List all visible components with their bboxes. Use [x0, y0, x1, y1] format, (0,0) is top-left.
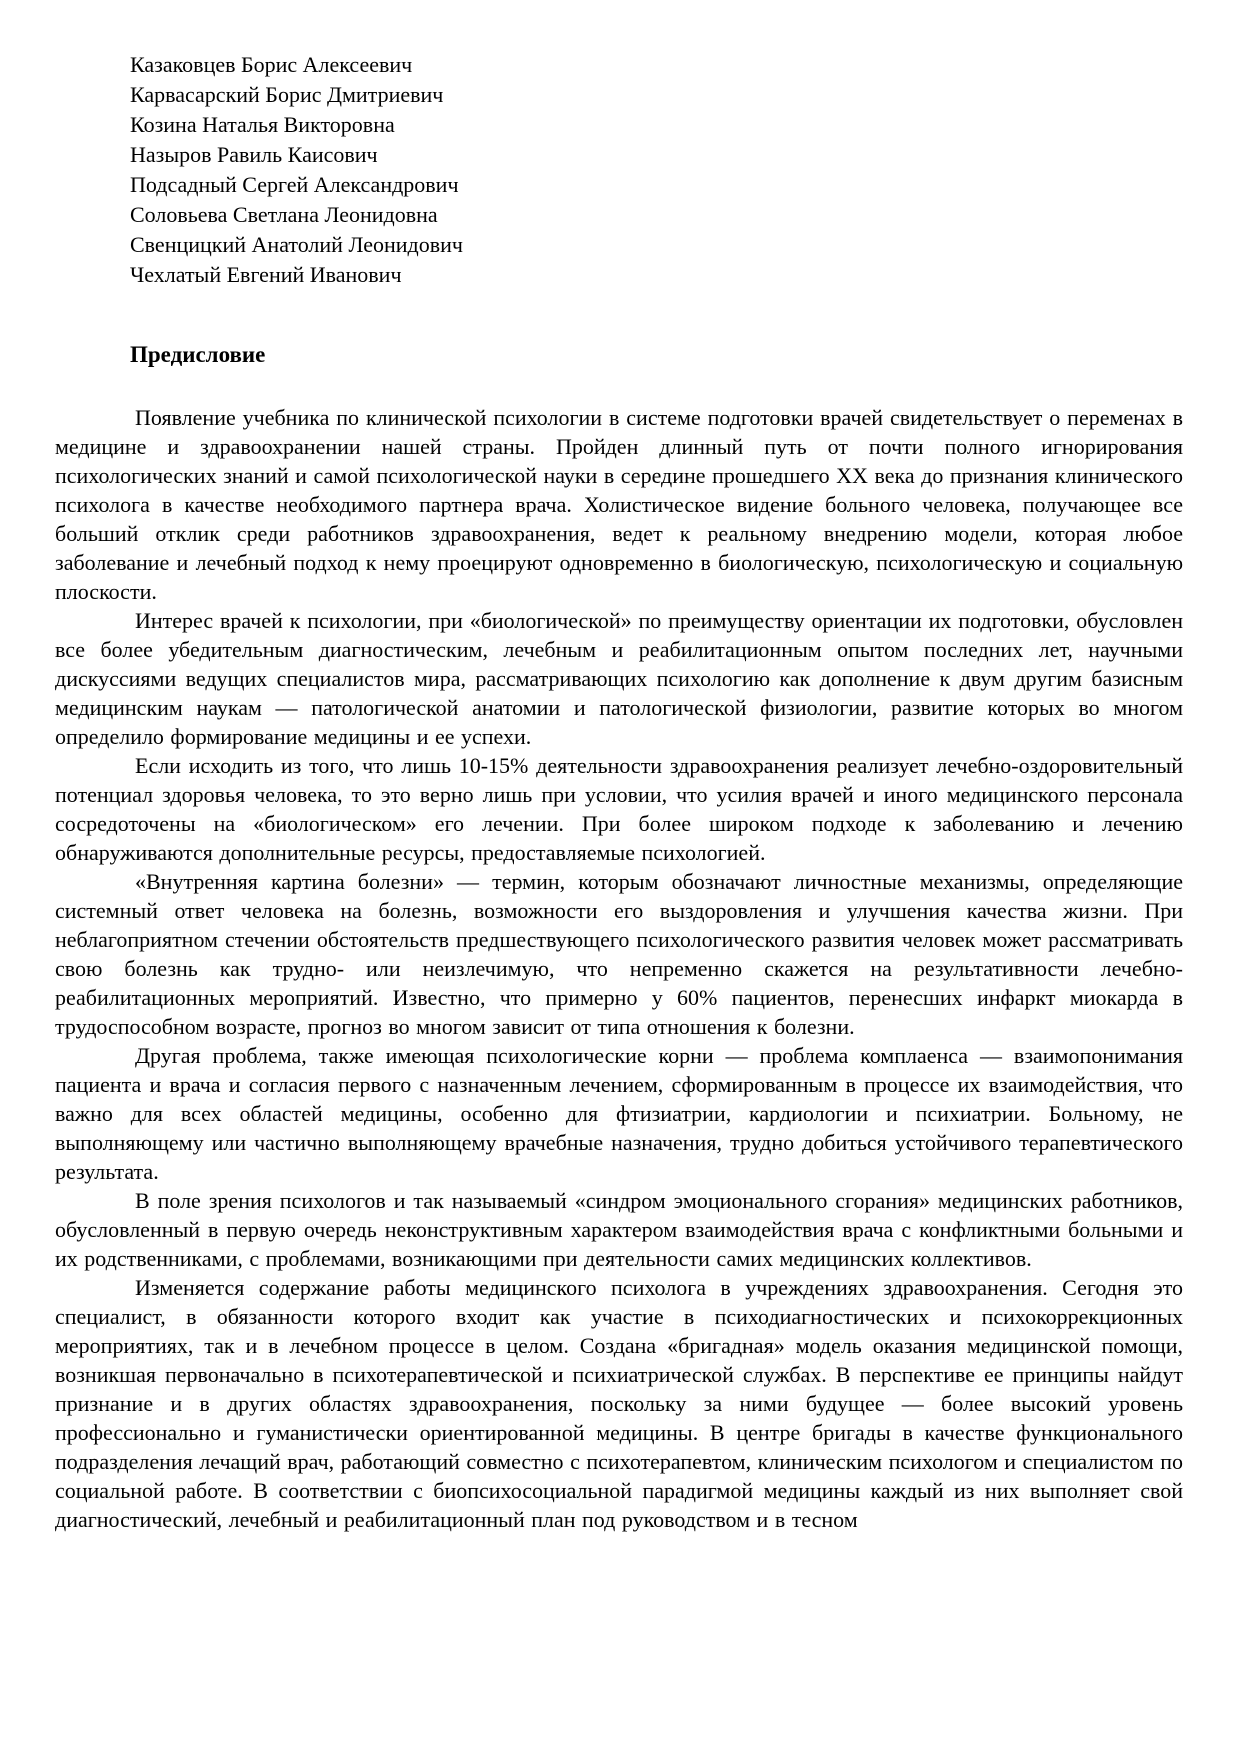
paragraph: Изменяется содержание работы медицинског… — [55, 1273, 1183, 1534]
paragraph: Интерес врачей к психологии, при «биолог… — [55, 606, 1183, 751]
author-line: Назыров Равиль Каисович — [130, 140, 1183, 170]
author-line: Казаковцев Борис Алексеевич — [130, 50, 1183, 80]
document-page: Казаковцев Борис Алексеевич Карвасарский… — [0, 0, 1240, 1754]
author-line: Подсадный Сергей Александрович — [130, 170, 1183, 200]
paragraph: Другая проблема, также имеющая психологи… — [55, 1041, 1183, 1186]
author-list: Казаковцев Борис Алексеевич Карвасарский… — [130, 50, 1183, 290]
paragraph: «Внутренняя картина болезни» — термин, к… — [55, 867, 1183, 1041]
author-line: Свенцицкий Анатолий Леонидович — [130, 230, 1183, 260]
paragraph: В поле зрения психологов и так называемы… — [55, 1186, 1183, 1273]
preface-heading: Предисловие — [130, 340, 1183, 370]
author-line: Карвасарский Борис Дмитриевич — [130, 80, 1183, 110]
preface-body: Появление учебника по клинической психол… — [55, 403, 1183, 1534]
paragraph: Появление учебника по клинической психол… — [55, 403, 1183, 606]
author-line: Козина Наталья Викторовна — [130, 110, 1183, 140]
author-line: Соловьева Светлана Леонидовна — [130, 200, 1183, 230]
author-line: Чехлатый Евгений Иванович — [130, 260, 1183, 290]
paragraph: Если исходить из того, что лишь 10-15% д… — [55, 751, 1183, 867]
